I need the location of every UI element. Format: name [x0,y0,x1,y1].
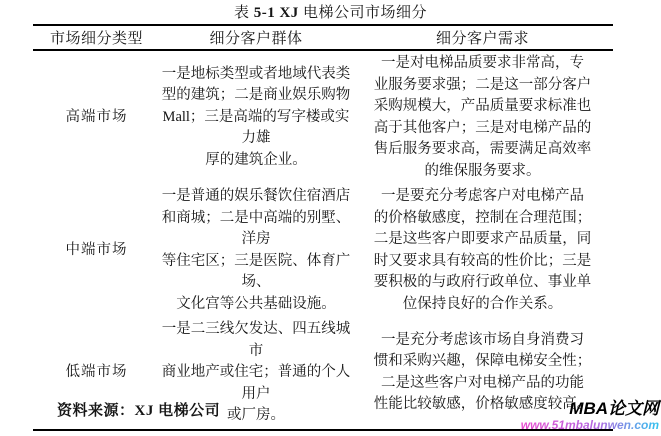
document-page: 表 5-1 XJ 电梯公司市场细分 市场细分类型 细分客户群体 细分客户需求 高… [0,0,661,436]
data-source-note: 资料来源：XJ 电梯公司 [57,399,220,420]
table-caption: 表 5-1 XJ 电梯公司市场细分 [0,0,661,23]
customer-needs-cell: 一是对电梯品质要求非常高，专 业服务要求强；二是这一部分客户 采购规模大，产品质… [352,51,613,184]
table-caption-number: 5-1 XJ [254,5,299,21]
market-segmentation-table: 市场细分类型 细分客户群体 细分客户需求 高端市场 一是地标类型或者地域代表类 … [33,24,613,431]
customer-group-cell: 一是地标类型或者地域代表类 型的建筑；二是商业娱乐购物 Mall；三是高端的写字… [160,51,352,184]
table-header-row: 市场细分类型 细分客户群体 细分客户需求 [33,26,613,51]
customer-group-cell: 一是普通的娱乐餐饮住宿酒店 和商城；二是中高端的别墅、洋房 等住宅区；三是医院、… [160,184,352,317]
segment-name-cell: 高端市场 [33,51,160,184]
customer-needs-cell: 一是要充分考虑客户对电梯产品 的价格敏感度，控制在合理范围； 二是这些客户即要求… [352,184,613,317]
watermark-url: www.51mbalunwen.com [521,419,659,431]
segment-name-cell: 中端市场 [33,184,160,317]
table-row: 中端市场 一是普通的娱乐餐饮住宿酒店 和商城；二是中高端的别墅、洋房 等住宅区；… [33,184,613,317]
column-header-customer-needs: 细分客户需求 [352,27,613,48]
table-row: 高端市场 一是地标类型或者地域代表类 型的建筑；二是商业娱乐购物 Mall；三是… [33,51,613,184]
column-header-segment-type: 市场细分类型 [33,27,160,48]
table-caption-text: 电梯公司市场细分 [303,5,427,21]
column-header-customer-group: 细分客户群体 [160,27,352,48]
watermark-brand: MBA论文网 [521,400,659,417]
site-watermark: MBA论文网 www.51mbalunwen.com [521,400,659,431]
table-caption-label: 表 [234,5,250,21]
